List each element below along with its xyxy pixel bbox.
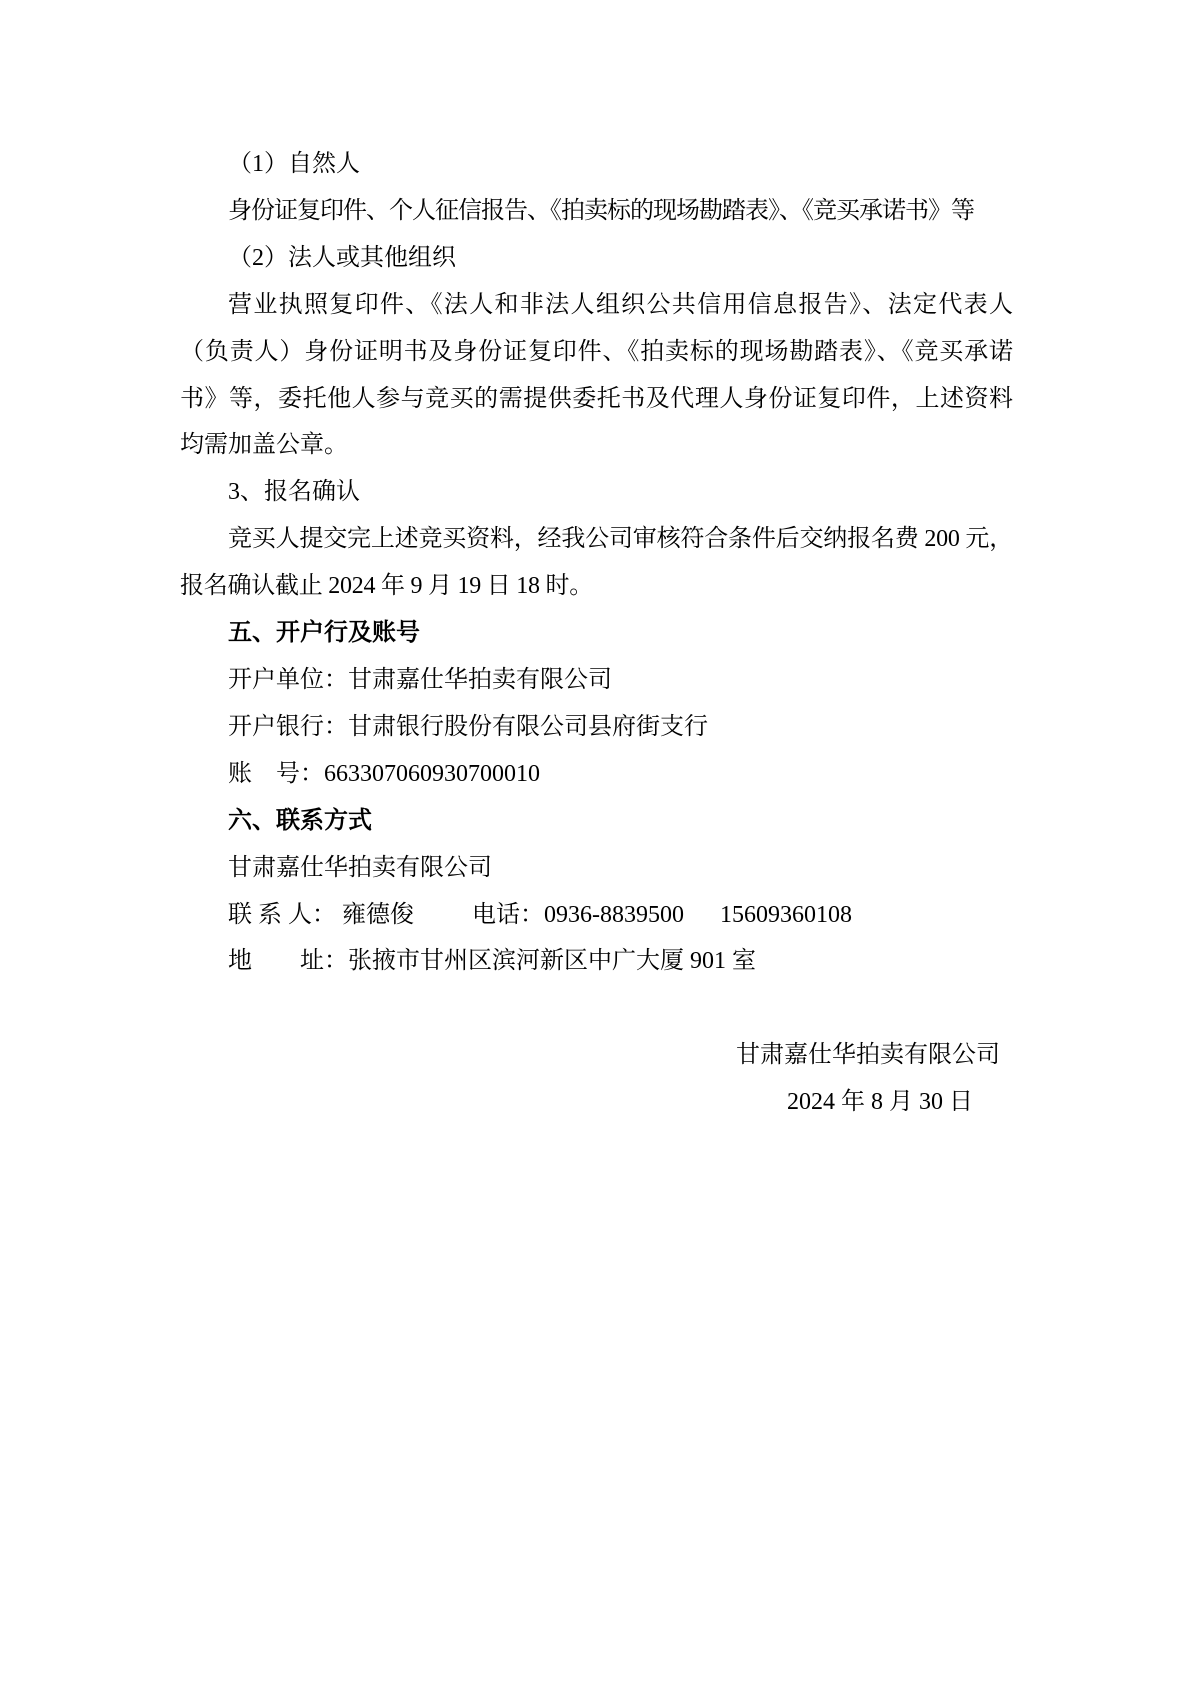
contact-phone-1: 0936-8839500 xyxy=(544,902,684,928)
contact-name: 雍德俊 xyxy=(342,902,414,928)
section6-heading: 六、联系方式 xyxy=(180,798,1013,845)
signature-company: 甘肃嘉仕华拍卖有限公司 xyxy=(180,1032,1013,1079)
document-page: （1）自然人 身份证复印件、个人征信报告、《拍卖标的现场勘踏表》、《竞买承诺书》… xyxy=(0,0,1191,1684)
account-holder-line: 开户单位：甘肃嘉仕华拍卖有限公司 xyxy=(180,657,1013,704)
item1-materials: 身份证复印件、个人征信报告、《拍卖标的现场勘踏表》、《竞买承诺书》等 xyxy=(180,188,1013,235)
address-label: 地 址： xyxy=(228,948,348,974)
item2-heading: （2）法人或其他组织 xyxy=(180,235,1013,282)
contact-line: 联 系 人： 雍德俊电话：0936-883950015609360108 xyxy=(180,892,1013,939)
item3-body: 竞买人提交完上述竞买资料，经我公司审核符合条件后交纳报名费 200 元，报名确认… xyxy=(180,516,1013,610)
item3-heading: 3、报名确认 xyxy=(180,469,1013,516)
item1-heading: （1）自然人 xyxy=(180,141,1013,188)
account-number-line: 账 号：663307060930700010 xyxy=(180,751,1013,798)
document-content: （1）自然人 身份证复印件、个人征信报告、《拍卖标的现场勘踏表》、《竞买承诺书》… xyxy=(180,141,1013,1126)
address-line: 地 址：张掖市甘州区滨河新区中广大厦 901 室 xyxy=(180,938,1013,985)
signature-date: 2024 年 8 月 30 日 xyxy=(180,1079,1013,1126)
item2-materials: 营业执照复印件、《法人和非法人组织公共信用信息报告》、法定代表人（负责人）身份证… xyxy=(180,282,1013,470)
section5-heading: 五、开户行及账号 xyxy=(180,610,1013,657)
contact-label: 联 系 人： xyxy=(228,902,342,928)
contact-phone-2: 15609360108 xyxy=(720,902,852,928)
bank-line: 开户银行：甘肃银行股份有限公司县府街支行 xyxy=(180,704,1013,751)
blank-line xyxy=(180,985,1013,1032)
contact-phone-label: 电话： xyxy=(472,902,544,928)
company-name-line: 甘肃嘉仕华拍卖有限公司 xyxy=(180,845,1013,892)
address-value: 张掖市甘州区滨河新区中广大厦 901 室 xyxy=(348,948,756,974)
